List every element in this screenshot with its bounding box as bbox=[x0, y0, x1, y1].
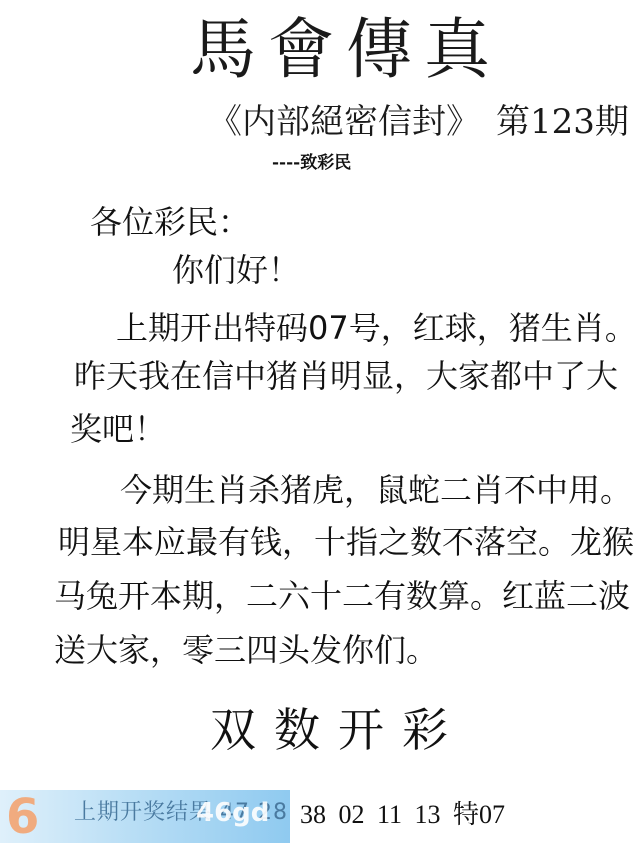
paragraph1-line1: 上期开出特码07号，红球，猪生肖。 bbox=[116, 302, 637, 354]
greeting: 各位彩民： bbox=[90, 196, 250, 248]
paragraph2-line1: 今期生肖杀猪虎，鼠蛇二肖不中用。 bbox=[120, 464, 632, 516]
last-result-label-text: 上期开奖结果 bbox=[74, 800, 212, 825]
issue-number: 第123期 bbox=[496, 102, 629, 142]
hello-line: 你们好！ bbox=[172, 244, 300, 296]
site-logo-icon: 6 bbox=[6, 795, 46, 839]
paragraph2-line2: 明星本应最有钱，十指之数不落空。龙猴 bbox=[58, 516, 634, 568]
paragraph2-line4: 送大家，零三四头发你们。 bbox=[54, 624, 438, 676]
slogan: 双数开彩 bbox=[210, 700, 466, 760]
addressee: ----致彩民 bbox=[272, 152, 351, 174]
paragraph1-line2: 昨天我在信中猪肖明显，大家都中了大 bbox=[74, 350, 618, 402]
paragraph1-line3: 奖吧！ bbox=[70, 403, 166, 455]
page-title: 馬會傳真 bbox=[190, 8, 502, 92]
watermark-text: 46gd bbox=[196, 796, 269, 830]
paragraph2-line3: 马兔开本期，二六十二有数算。红蓝二波 bbox=[54, 570, 630, 622]
subtitle: 《内部絕密信封》第123期 bbox=[208, 100, 629, 144]
last-result-numbers: 38 02 11 13 特07 bbox=[300, 798, 505, 832]
subtitle-label: 《内部絕密信封》 bbox=[208, 102, 480, 142]
